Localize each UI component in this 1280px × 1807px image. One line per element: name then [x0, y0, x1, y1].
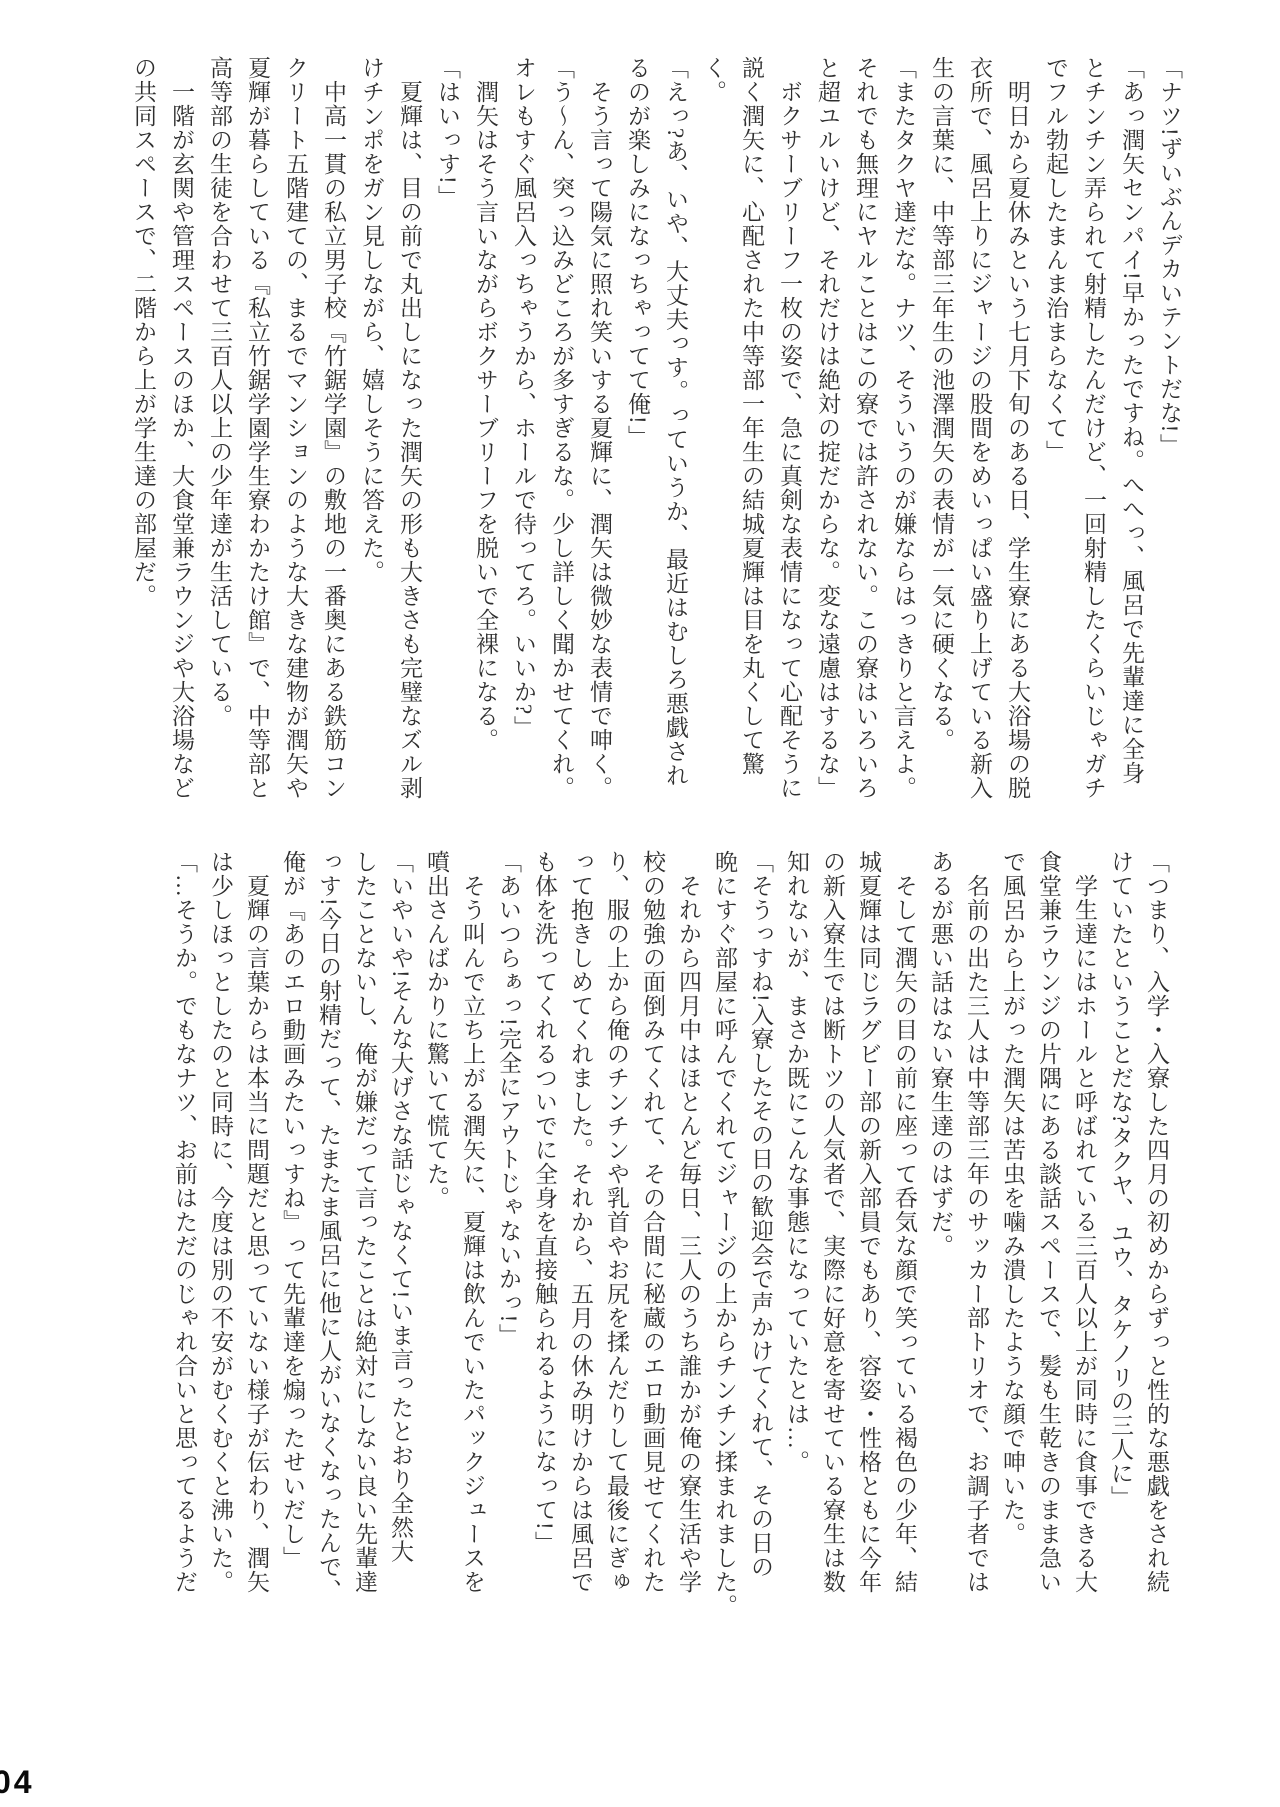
text-line: 生の言葉に、中等部三年生の池澤潤矢の表情が一気に硬くなる。 — [922, 56, 960, 814]
text-line: クリート五階建ての、まるでマンションのような大きな建物が潤矢や — [276, 56, 314, 814]
text-line: 高等部の生徒を合わせて三百人以上の少年達が生活している。 — [200, 56, 238, 814]
text-line: 明日から夏休みという七月下旬のある日、学生寮にある大浴場の脱 — [998, 56, 1036, 814]
text-line: の共同スペースで、二階から上が学生達の部屋だ。 — [124, 56, 162, 814]
text-line: 「ナツ!ずいぶんデカいテントだな!」 — [1150, 56, 1188, 814]
text-line: 「またタクヤ達だな。ナツ、そういうのが嫌ならはっきりと言えよ。 — [884, 56, 922, 814]
text-line: 「えっ?あ、いや、大丈夫っす。っていうか、最近はむしろ悪戯され — [656, 56, 694, 814]
text-line: あるが悪い話はない寮生達のはずだ。 — [922, 850, 958, 1662]
text-line: 夏輝の言葉からは本当に問題だと思っていない様子が伝わり、潤矢 — [238, 850, 274, 1662]
text-line: そして潤矢の目の前に座って呑気な顔で笑っている褐色の少年、結 — [886, 850, 922, 1662]
text-line: は少しほっとしたのと同時に、今度は別の不安がむくむくと沸いた。 — [202, 850, 238, 1662]
text-line: 知れないが、まさか既にこんな事態になっていたとは…。 — [778, 850, 814, 1662]
top-text-block: 「ナツ!ずいぶんデカいテントだな!」「あっ潤矢センパイ!早かったですね。へへっ、… — [153, 56, 1188, 814]
text-line: 「…そうか。でもなナツ、お前はただのじゃれ合いと思ってるようだ — [166, 850, 202, 1662]
text-line: 中高一貫の私立男子校『竹鋸学園』の敷地の一番奥にある鉄筋コン — [314, 56, 352, 814]
text-line: っす!今日の射精だって、たまたま風呂に他に人がいなくなったんで、 — [310, 850, 346, 1662]
text-line: 城夏輝は同じラグビー部の新入部員でもあり、容姿・性格ともに今年 — [850, 850, 886, 1662]
text-line: り、服の上から俺のチンチンや乳首やお尻を揉んだりして最後にぎゅ — [598, 850, 634, 1662]
text-line: 一階が玄関や管理スペースのほか、大食堂兼ラウンジや大浴場など — [162, 56, 200, 814]
page-number: 04 — [0, 1764, 35, 1801]
text-line: そう叫んで立ち上がる潤矢に、夏輝は飲んでいたパックジュースを — [454, 850, 490, 1662]
text-line: 「つまり、入学・入寮した四月の初めからずっと性的な悪戯をされ続 — [1138, 850, 1174, 1662]
text-line: 俺が『あのエロ動画みたいっすね』って先輩達を煽ったせいだし」 — [274, 850, 310, 1662]
text-line: 夏輝が暮らしている『私立竹鋸学園学生寮わかたけ館』で、中等部と — [238, 56, 276, 814]
text-line: 夏輝は、目の前で丸出しになった潤矢の形も大きさも完璧なズル剥 — [390, 56, 428, 814]
text-line: って抱きしめてくれました。それから、五月の休み明けからは風呂で — [562, 850, 598, 1662]
text-line: 説く潤矢に、心配された中等部一年生の結城夏輝は目を丸くして驚く。 — [694, 56, 770, 814]
text-line: 衣所で、風呂上りにジャージの股間をめいっぱい盛り上げている新入 — [960, 56, 998, 814]
text-line: とチンチン弄られて射精したんだけど、一回射精したくらいじゃガチ — [1074, 56, 1112, 814]
text-line: 「いやいや!そんな大げさな話じゃなくて!いま言ったとおり全然大 — [382, 850, 418, 1662]
text-line: 潤矢はそう言いながらボクサーブリーフを脱いで全裸になる。 — [466, 56, 504, 814]
text-line: 「はいっす!」 — [428, 56, 466, 814]
text-line: 「そうっすね!入寮したその日の歓迎会で声かけてくれて、その日の — [742, 850, 778, 1662]
text-line: 「う〜ん、突っ込みどころが多すぎるな。少し詳しく聞かせてくれ。 — [542, 56, 580, 814]
text-line: それから四月中はほとんど毎日、三人のうち誰かが俺の寮生活や学 — [670, 850, 706, 1662]
text-line: けていたということだな?タクヤ、ユウ、タケノリの三人に」 — [1102, 850, 1138, 1662]
text-line: そう言って陽気に照れ笑いする夏輝に、潤矢は微妙な表情で呻く。 — [580, 56, 618, 814]
text-line: の新入寮生では断トツの人気者で、実際に好意を寄せている寮生は数 — [814, 850, 850, 1662]
bottom-text-block: 「つまり、入学・入寮した四月の初めからずっと性的な悪戯をされ続けていたということ… — [154, 850, 1174, 1662]
text-line: 「あいつらぁっ!完全にアウトじゃないかっ!」 — [490, 850, 526, 1662]
text-line: オレもすぐ風呂入っちゃうから、ホールで待ってろ。いいか?」 — [504, 56, 542, 814]
text-line: も体を洗ってくれるついでに全身を直接触られるようになって!」 — [526, 850, 562, 1662]
text-line: ボクサーブリーフ一枚の姿で、急に真剣な表情になって心配そうに — [770, 56, 808, 814]
text-line: 噴出さんばかりに驚いて慌てた。 — [418, 850, 454, 1662]
text-line: 校の勉強の面倒みてくれて、その合間に秘蔵のエロ動画見せてくれた — [634, 850, 670, 1662]
text-line: それでも無理にヤルことはこの寮では許されない。この寮はいろいろ — [846, 56, 884, 814]
text-line: 食堂兼ラウンジの片隅にある談話スペースで、髪も生乾きのまま急い — [1030, 850, 1066, 1662]
text-line: 晩にすぐ部屋に呼んでくれてジャージの上からチンチン揉まれました。 — [706, 850, 742, 1662]
text-line: でフル勃起したまんま治まらなくて」 — [1036, 56, 1074, 814]
text-line: したことないし、俺が嫌だって言ったことは絶対にしない良い先輩達 — [346, 850, 382, 1662]
text-line: けチンポをガン見しながら、嬉しそうに答えた。 — [352, 56, 390, 814]
text-line: 「あっ潤矢センパイ!早かったですね。へへっ、風呂で先輩達に全身 — [1112, 56, 1150, 814]
text-line: と超ユルいけど、それだけは絶対の掟だからな。変な遠慮はするな」 — [808, 56, 846, 814]
text-line: で風呂から上がった潤矢は苦虫を噛み潰したような顔で呻いた。 — [994, 850, 1030, 1662]
text-line: るのが楽しみになっちゃってて俺!」 — [618, 56, 656, 814]
text-line: 学生達にはホールと呼ばれている三百人以上が同時に食事できる大 — [1066, 850, 1102, 1662]
text-line: 名前の出た三人は中等部三年のサッカー部トリオで、お調子者では — [958, 850, 994, 1662]
page: 「ナツ!ずいぶんデカいテントだな!」「あっ潤矢センパイ!早かったですね。へへっ、… — [0, 0, 1280, 1807]
